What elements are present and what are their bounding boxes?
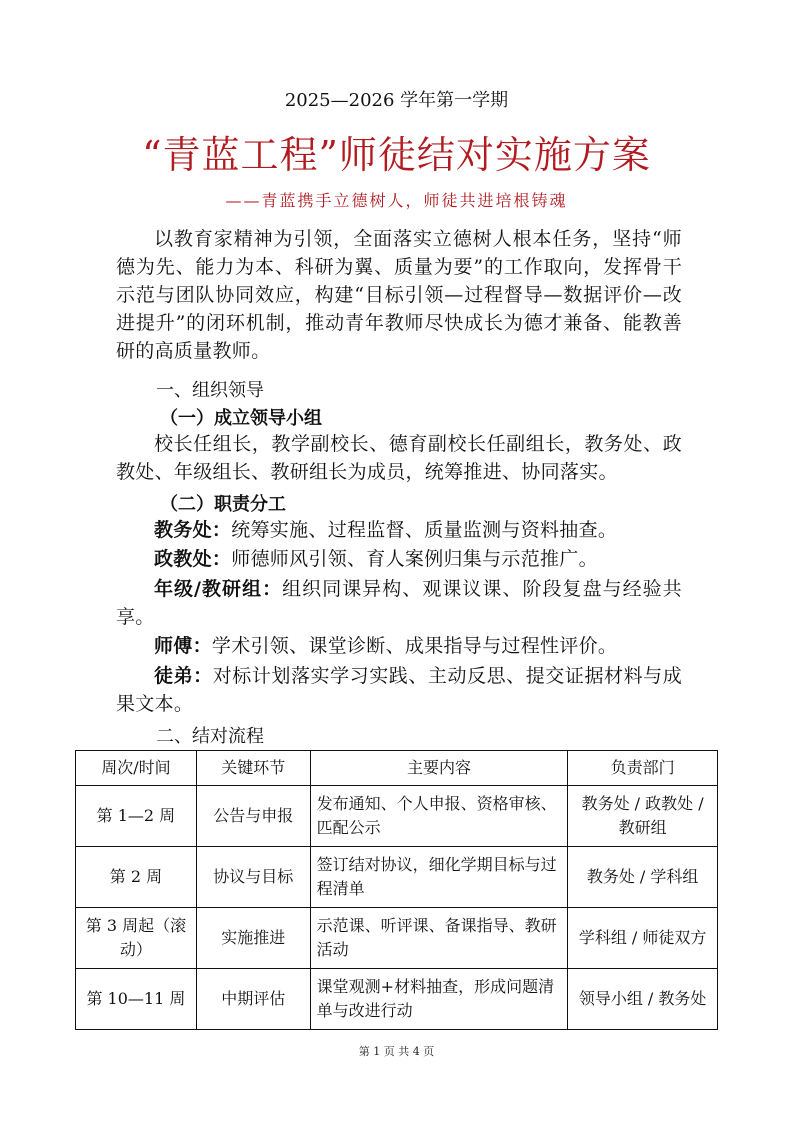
section-heading-pairing-process: 二、结对流程: [156, 722, 264, 748]
duty-text: 师德师风引领、育人案例归集与示范推广。: [231, 548, 598, 570]
cell-week: 第 1—2 周: [76, 786, 197, 847]
cell-stage: 中期评估: [196, 969, 310, 1030]
pairing-process-table: 周次/时间 关键环节 主要内容 负责部门 第 1—2 周 公告与申报 发布通知、…: [75, 750, 718, 1030]
cell-week: 第 3 周起（滚动）: [76, 908, 197, 969]
table-row: 第 3 周起（滚动） 实施推进 示范课、听评课、备课指导、教研活动 学科组 / …: [76, 908, 718, 969]
duty-label: 年级/教研组：: [154, 578, 282, 600]
duty-label: 政教处：: [154, 548, 231, 570]
table-row: 第 2 周 协议与目标 签订结对协议，细化学期目标与过程清单 教务处 / 学科组: [76, 847, 718, 908]
cell-content: 发布通知、个人申报、资格审核、匹配公示: [310, 786, 568, 847]
duty-item: 教务处：统筹实施、过程监督、质量监测与资料抽查。: [116, 516, 682, 544]
column-header-week: 周次/时间: [76, 751, 197, 786]
semester-line: 2025—2026 学年第一学期: [0, 86, 793, 112]
intro-paragraph: 以教育家精神为引领，全面落实立德树人根本任务，坚持“师德为先、能力为本、科研为翼…: [116, 225, 682, 365]
duty-item: 师傅：学术引领、课堂诊断、成果指导与过程性评价。: [116, 632, 682, 660]
column-header-stage: 关键环节: [196, 751, 310, 786]
duty-item: 徒弟：对标计划落实学习实践、主动反思、提交证据材料与成果文本。: [116, 662, 682, 718]
duty-label: 教务处：: [154, 519, 231, 541]
duty-item: 政教处：师德师风引领、育人案例归集与示范推广。: [116, 545, 682, 573]
table-row: 第 1—2 周 公告与申报 发布通知、个人申报、资格审核、匹配公示 教务处 / …: [76, 786, 718, 847]
table-header-row: 周次/时间 关键环节 主要内容 负责部门: [76, 751, 718, 786]
cell-department: 学科组 / 师徒双方: [568, 908, 718, 969]
cell-stage: 协议与目标: [196, 847, 310, 908]
document-subtitle: ——青蓝携手立德树人，师徒共进培根铸魂: [0, 188, 793, 211]
cell-content: 签订结对协议，细化学期目标与过程清单: [310, 847, 568, 908]
cell-stage: 实施推进: [196, 908, 310, 969]
leadership-group-text: 校长任组长，教学副校长、德育副校长任副组长，教务处、政教处、年级组长、教研组长为…: [116, 430, 682, 486]
duty-label: 师傅：: [154, 635, 212, 657]
table-row: 第 10—11 周 中期评估 课堂观测+材料抽查，形成问题清单与改进行动 领导小…: [76, 969, 718, 1030]
duty-text: 学术引领、课堂诊断、成果指导与过程性评价。: [212, 635, 617, 657]
duty-label: 徒弟：: [154, 665, 213, 687]
column-header-content: 主要内容: [310, 751, 568, 786]
cell-content: 课堂观测+材料抽查，形成问题清单与改进行动: [310, 969, 568, 1030]
duty-text: 统筹实施、过程监督、质量监测与资料抽查。: [231, 519, 617, 541]
page-number: 第 1 页 共 4 页: [0, 1043, 793, 1059]
cell-department: 领导小组 / 教务处: [568, 969, 718, 1030]
cell-department: 教务处 / 学科组: [568, 847, 718, 908]
section-heading-organization: 一、组织领导: [156, 376, 264, 402]
column-header-department: 负责部门: [568, 751, 718, 786]
cell-week: 第 10—11 周: [76, 969, 197, 1030]
subsection-heading-duties: （二）职责分工: [160, 490, 286, 516]
cell-content: 示范课、听评课、备课指导、教研活动: [310, 908, 568, 969]
duty-item: 年级/教研组：组织同课异构、观课议课、阶段复盘与经验共享。: [116, 575, 682, 631]
document-title: “青蓝工程”师徒结对实施方案: [0, 124, 793, 179]
subsection-heading-leadership-group: （一）成立领导小组: [160, 404, 322, 430]
cell-week: 第 2 周: [76, 847, 197, 908]
cell-stage: 公告与申报: [196, 786, 310, 847]
cell-department: 教务处 / 政教处 / 教研组: [568, 786, 718, 847]
